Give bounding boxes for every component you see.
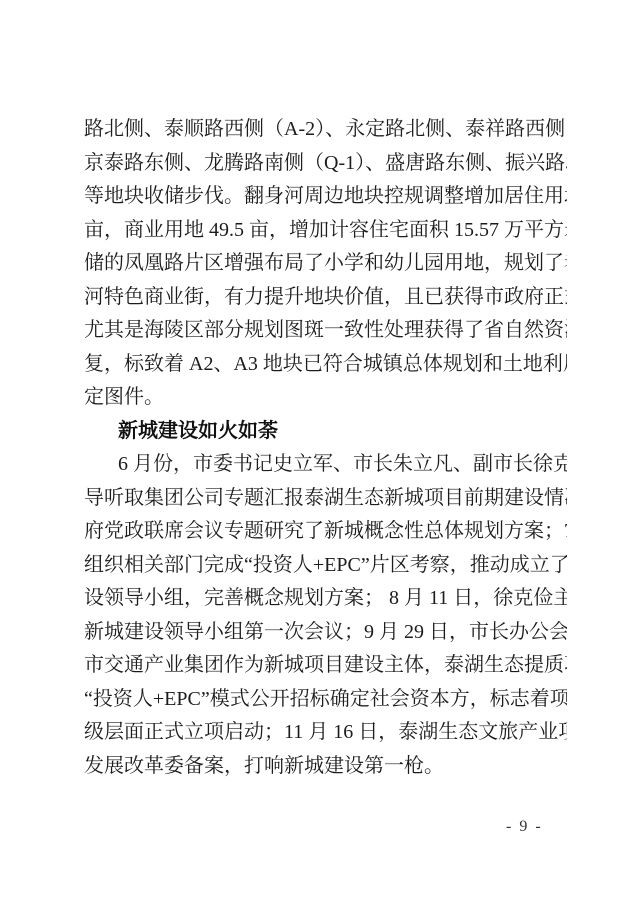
- text-line: 河特色商业街，有力提升地块价值，且已获得市政府正式批复；: [84, 281, 567, 315]
- text-line: 定图件。: [84, 381, 567, 415]
- text-line: 府党政联席会议专题研究了新城概念性总体规划方案；7 月份，: [84, 515, 567, 549]
- text-line: 市交通产业集团作为新城项目建设主体，泰湖生态提质项目采用: [84, 649, 567, 683]
- text-line: 组织相关部门完成“投资人+EPC”片区考察，推动成立了新城建: [84, 549, 567, 583]
- section-heading: 新城建设如火如荼: [84, 415, 567, 449]
- text-line: 京泰路东侧、龙腾路南侧（Q-1）、盛唐路东侧、振兴路北侧（B-2）: [84, 147, 567, 181]
- document-body: 路北侧、泰顺路西侧（A-2）、永定路北侧、泰祥路西侧（A-3）、 京泰路东侧、龙…: [84, 113, 567, 783]
- text-line: 复，标致着 A2、A3 地块已符合城镇总体规划和土地利用规划法: [84, 348, 567, 382]
- text-line: “投资人+EPC”模式公开招标确定社会资本方，标志着项目在市: [84, 683, 567, 717]
- page-number: - 9 -: [506, 818, 543, 836]
- text-line: 6 月份，市委书记史立军、市长朱立凡、副市长徐克俭等领: [84, 448, 567, 482]
- document-page: 路北侧、泰顺路西侧（A-2）、永定路北侧、泰祥路西侧（A-3）、 京泰路东侧、龙…: [0, 0, 636, 900]
- text-line: 级层面正式立项启动；11 月 16 日，泰湖生态文旅产业项目获市: [84, 716, 567, 750]
- text-line: 发展改革委备案，打响新城建设第一枪。: [84, 750, 567, 784]
- text-line: 储的凤凰路片区增强布局了小学和幼儿园用地，规划了老通扬运: [84, 247, 567, 281]
- text-line: 新城建设领导小组第一次会议；9 月 29 日，市长办公会明确由: [84, 616, 567, 650]
- text-line: 路北侧、泰顺路西侧（A-2）、永定路北侧、泰祥路西侧（A-3）、: [84, 113, 567, 147]
- text-line: 等地块收储步伐。翻身河周边地块控规调整增加居住用地 60.45: [84, 180, 567, 214]
- text-line: 导听取集团公司专题汇报泰湖生态新城项目前期建设情况，市政: [84, 482, 567, 516]
- text-line: 尤其是海陵区部分规划图斑一致性处理获得了省自然资源厅批: [84, 314, 567, 348]
- text-line: 设领导小组，完善概念规划方案； 8 月 11 日，徐克俭主持召开: [84, 582, 567, 616]
- text-line: 亩，商业用地 49.5 亩，增加计容住宅面积 15.57 万平方米；拟收: [84, 214, 567, 248]
